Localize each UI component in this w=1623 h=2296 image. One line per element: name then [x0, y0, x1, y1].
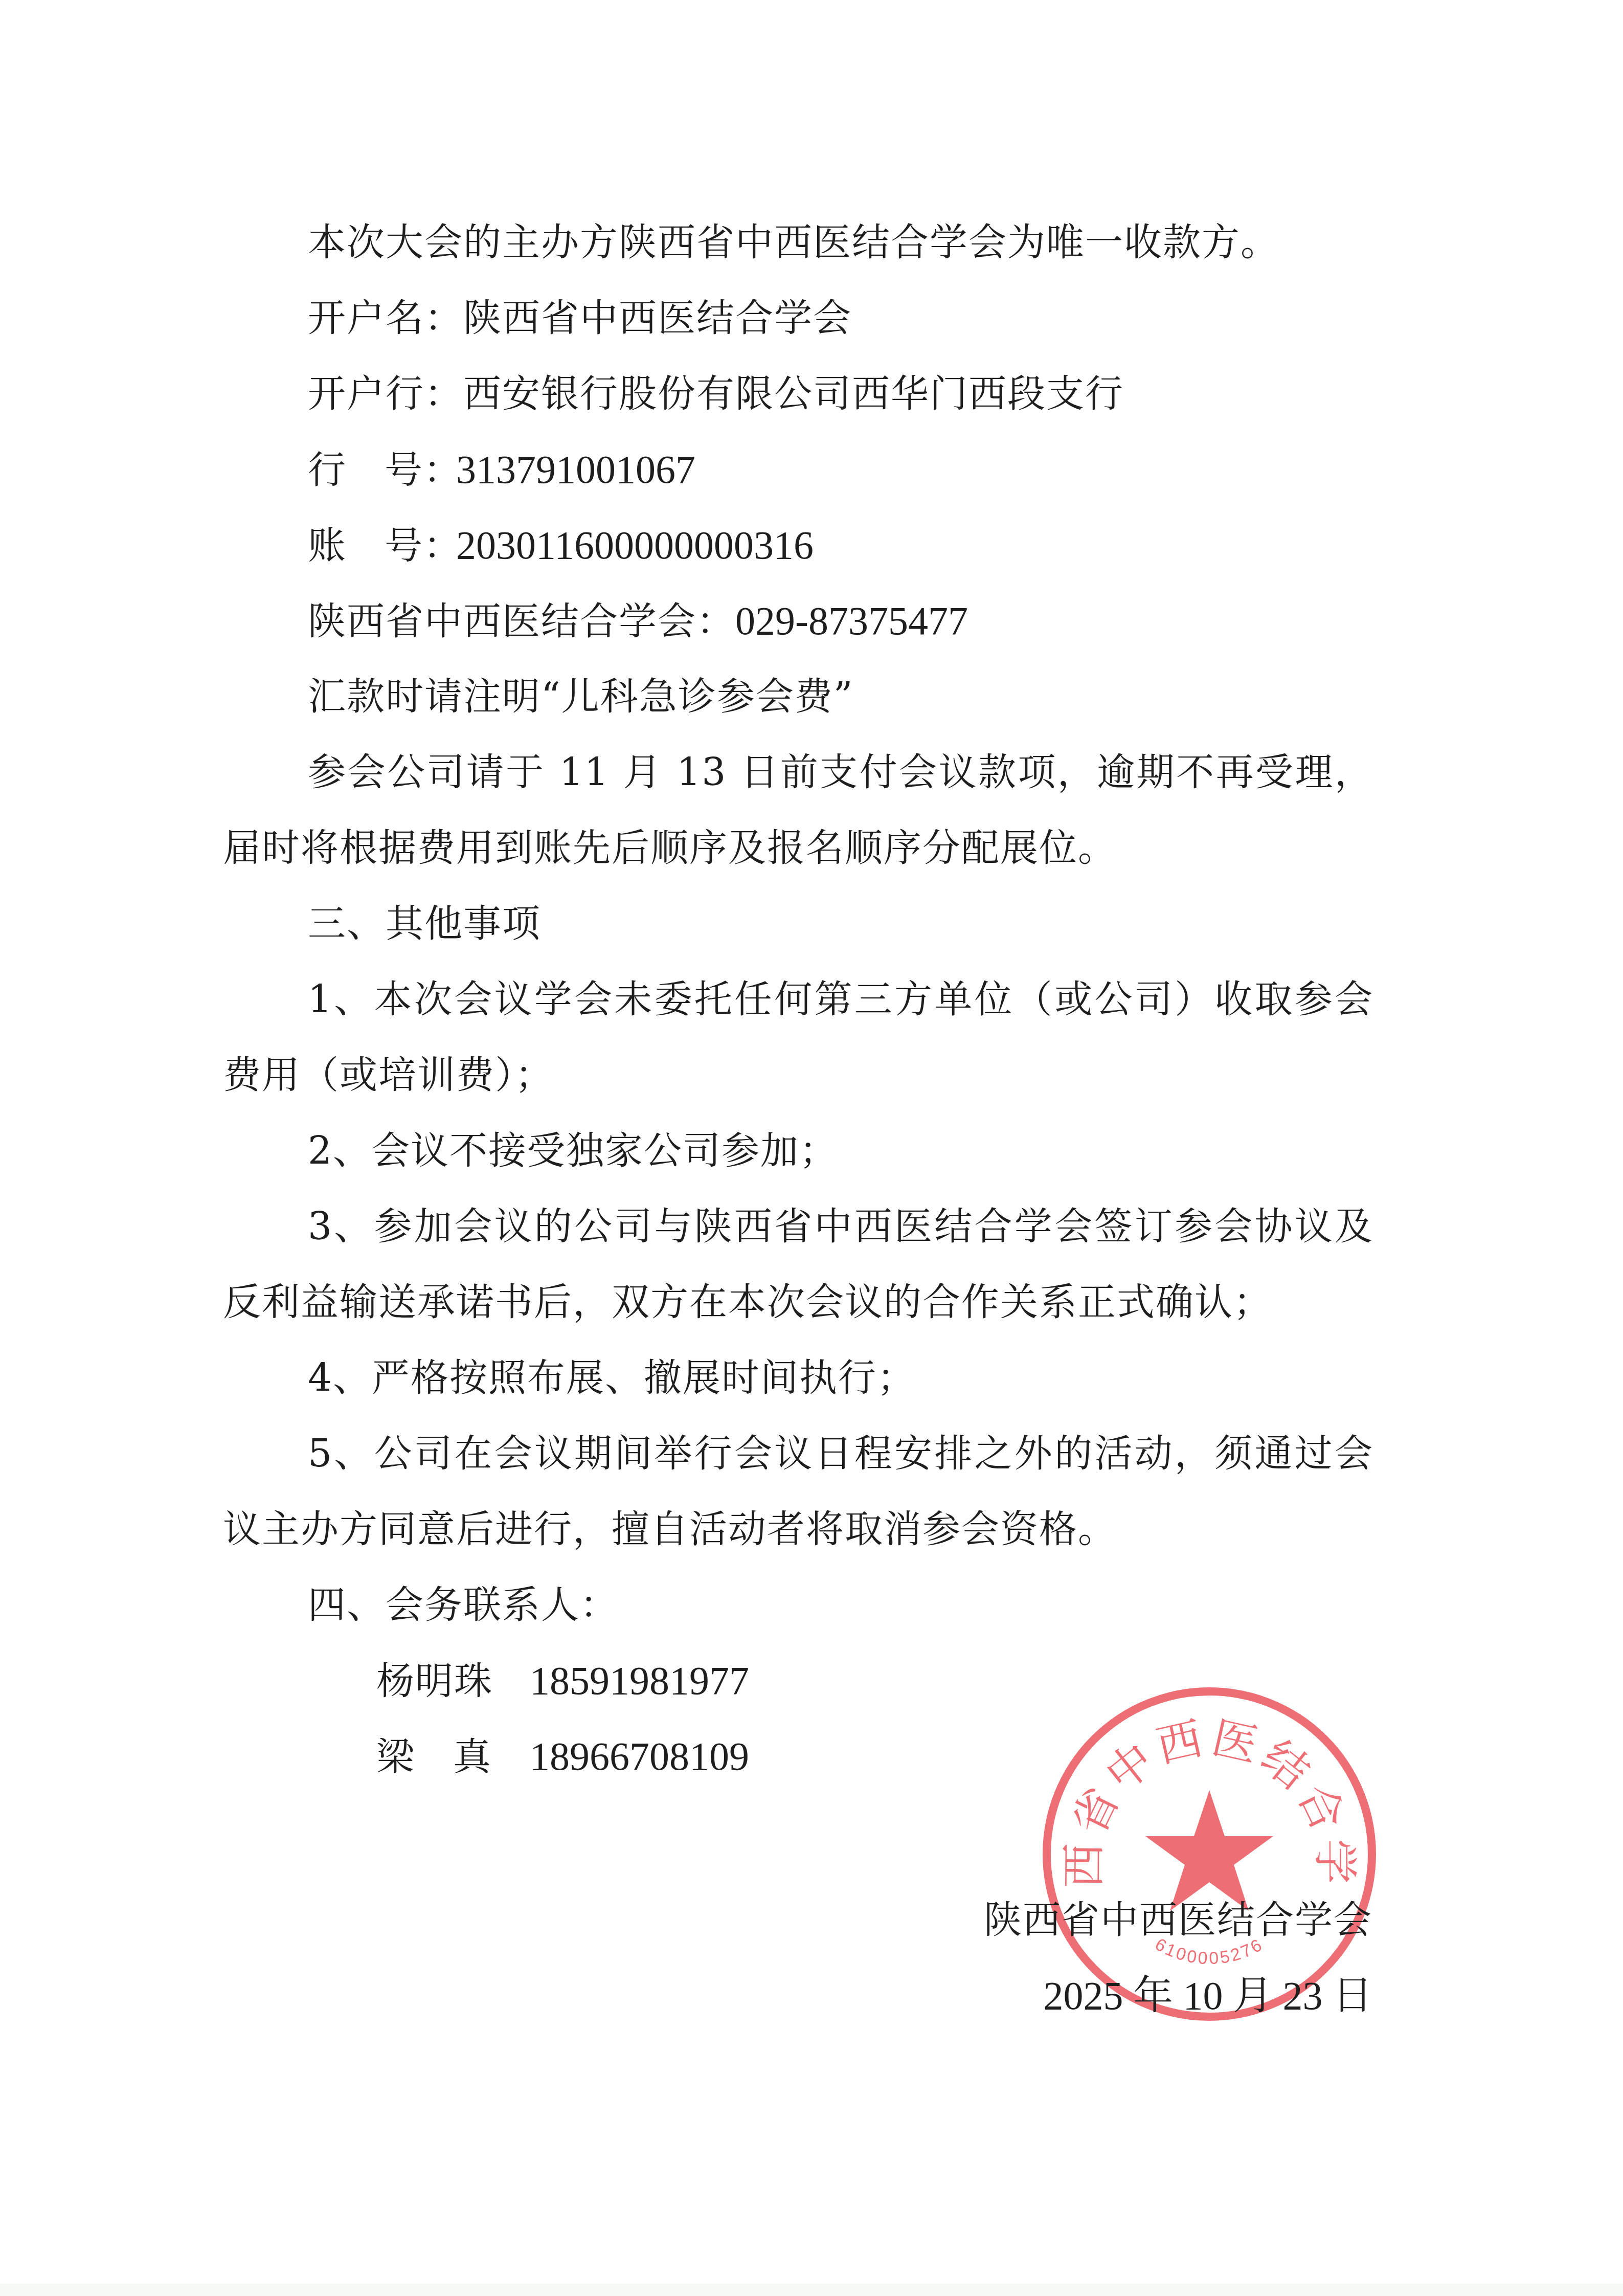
signature-block: 陕西省中西医结合学会 2025 年 10 月 23 日: [984, 1882, 1372, 2034]
scan-edge: [0, 2284, 1623, 2296]
intro-paragraph: 本次大会的主办方陕西省中西医结合学会为唯一收款方。: [223, 205, 1373, 280]
section3-item-5: 5、公司在会议期间举行会议日程安排之外的活动，须通过会议主办方同意后进行，擅自活…: [223, 1416, 1373, 1567]
account-number-value: 203011600000000316: [456, 523, 814, 567]
account-name-row: 开户名：陕西省中西医结合学会: [223, 280, 1373, 356]
phone-label: 陕西省中西医结合学会：: [308, 599, 735, 643]
section3-item-1: 1、本次会议学会未委托任何第三方单位（或公司）收取参会费用（或培训费）；: [223, 962, 1373, 1113]
account-number-row: 账号：203011600000000316: [223, 507, 1373, 583]
account-number-label: 账号：: [308, 508, 456, 584]
contact-phone: 18966708109: [530, 1734, 749, 1778]
contact-name: 杨明珠: [376, 1643, 530, 1719]
contact-name: 梁真: [376, 1719, 530, 1795]
section3-item-2: 2、会议不接受独家公司参加；: [223, 1113, 1373, 1189]
signature-date: 2025 年 10 月 23 日: [984, 1958, 1372, 2034]
contact-phone: 18591981977: [530, 1658, 749, 1703]
bank-code-label: 行号：: [308, 432, 456, 508]
bank-label: 开户行：: [308, 372, 463, 416]
account-name-label: 开户名：: [308, 296, 463, 340]
section3-heading: 三、其他事项: [223, 886, 1373, 962]
bank-code-value: 313791001067: [456, 447, 695, 492]
phone-row: 陕西省中西医结合学会：029-87375477: [223, 583, 1373, 659]
bank-row: 开户行：西安银行股份有限公司西华门西段支行: [223, 356, 1373, 432]
remittance-remark: 汇款时请注明“儿科急诊参会费”: [223, 659, 1373, 734]
phone-value: 029-87375477: [735, 598, 968, 643]
bank-code-row: 行号：313791001067: [223, 432, 1373, 507]
signature-org: 陕西省中西医结合学会: [984, 1882, 1372, 1958]
section3-item-3: 3、参加会议的公司与陕西省中西医结合学会签订参会协议及反利益输送承诺书后，双方在…: [223, 1189, 1373, 1340]
section4-heading: 四、会务联系人：: [223, 1567, 1373, 1643]
payment-deadline-paragraph: 参会公司请于 11 月 13 日前支付会议款项，逾期不再受理，届时将根据费用到账…: [223, 734, 1373, 886]
section3-item-4: 4、严格按照布展、撤展时间执行；: [223, 1340, 1373, 1416]
document-body: 本次大会的主办方陕西省中西医结合学会为唯一收款方。 开户名：陕西省中西医结合学会…: [223, 205, 1373, 1794]
account-name-value: 陕西省中西医结合学会: [463, 296, 852, 340]
bank-value: 西安银行股份有限公司西华门西段支行: [463, 372, 1124, 416]
